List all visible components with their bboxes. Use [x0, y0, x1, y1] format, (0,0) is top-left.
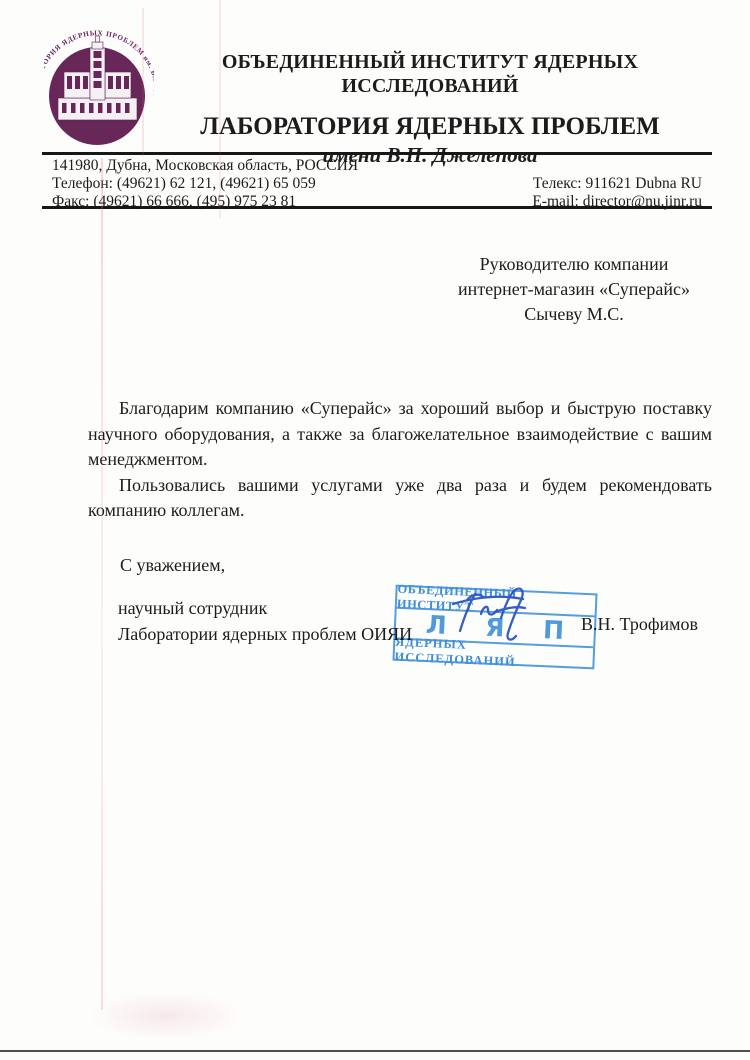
recipient-block: Руководителю компании интернет-магазин «…: [428, 252, 720, 327]
salutation: С уважением,: [120, 555, 225, 576]
letterhead-header: ОБЪЕДИНЕННЫЙ ИНСТИТУТ ЯДЕРНЫХ ИССЛЕДОВАН…: [140, 50, 720, 168]
body-paragraph: Благодарим компанию «Суперайс» за хороши…: [88, 396, 712, 473]
telex-line: Телекс: 911621 Dubna RU: [532, 175, 702, 193]
phone-line: Телефон: (49621) 62 121, (49621) 65 059: [52, 175, 358, 193]
laboratory-name: ЛАБОРАТОРИЯ ЯДЕРНЫХ ПРОБЛЕМ: [140, 113, 720, 140]
signer-position-line: Лаборатории ядерных проблем ОИЯИ: [118, 622, 412, 648]
address-line: 141980, Дубна, Московская область, РОССИ…: [52, 157, 358, 175]
scan-edge-line: [0, 1050, 750, 1052]
signer-position-line: научный сотрудник: [118, 596, 412, 622]
building-icon: [58, 36, 137, 120]
recipient-line: Руководителю компании: [428, 252, 720, 277]
signer-position: научный сотрудник Лаборатории ядерных пр…: [118, 596, 412, 647]
recipient-line: интернет-магазин «Суперайс»: [428, 277, 720, 302]
scan-artifact-blotch: [88, 992, 243, 1040]
contact-right-column: Телекс: 911621 Dubna RU E-mail: director…: [532, 175, 702, 211]
letter-body: Благодарим компанию «Суперайс» за хороши…: [88, 396, 712, 524]
institute-emblem-logo: ЛАБОРАТОРИЯ ЯДЕРНЫХ ПРОБЛЕМ им. В.П. Дже…: [44, 12, 154, 146]
contact-block: 141980, Дубна, Московская область, РОССИ…: [52, 157, 702, 211]
handwritten-signature: [425, 578, 550, 653]
scanned-letter-page: ЛАБОРАТОРИЯ ЯДЕРНЫХ ПРОБЛЕМ им. В.П. Дже…: [0, 0, 750, 1060]
scan-artifact-line: [101, 158, 103, 1010]
signer-name: В.Н. Трофимов: [581, 614, 698, 635]
email-line: E-mail: director@nu.jinr.ru: [532, 193, 702, 211]
fax-line: Факс: (49621) 66 666, (495) 975 23 81: [52, 193, 358, 211]
recipient-line: Сычеву М.С.: [428, 302, 720, 327]
contact-left-column: 141980, Дубна, Московская область, РОССИ…: [52, 157, 358, 211]
body-paragraph: Пользовались вашими услугами уже два раз…: [88, 473, 712, 524]
divider-top: [42, 152, 712, 155]
institute-name: ОБЪЕДИНЕННЫЙ ИНСТИТУТ ЯДЕРНЫХ ИССЛЕДОВАН…: [140, 50, 720, 98]
